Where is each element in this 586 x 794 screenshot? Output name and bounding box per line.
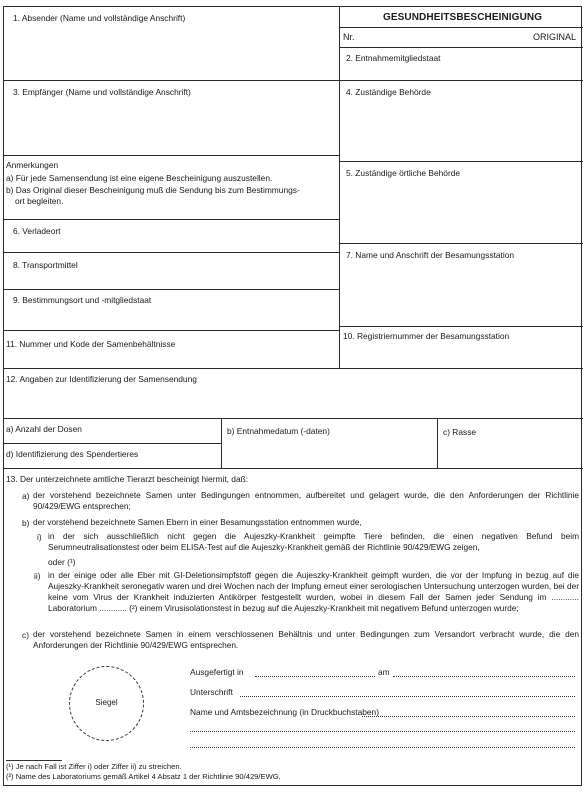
note-a: a) Für jede Samensendung ist eine eigene…: [6, 173, 272, 183]
item-c-label: c): [22, 630, 29, 640]
divider: [3, 252, 339, 253]
footnote-separator: [6, 760, 62, 761]
item-b-label: b): [22, 518, 29, 528]
signature-label: Unterschrift: [190, 687, 233, 697]
seal-area: Siegel: [69, 666, 144, 741]
divider: [3, 418, 583, 419]
field-12a-label: a) Anzahl der Dosen: [6, 424, 82, 434]
seal-label: Siegel: [70, 698, 143, 707]
divider: [339, 27, 583, 28]
name-title-field-line3[interactable]: [190, 747, 575, 748]
item-a-label: a): [22, 491, 29, 501]
divider: [3, 289, 339, 290]
footnote-2: (²) Name des Laboratoriums gemäß Artikel…: [6, 772, 281, 782]
field-12-label: 12. Angaben zur Identifizierung der Same…: [6, 374, 197, 384]
field-12d-label: d) Identifizierung des Spendertieres: [6, 449, 138, 459]
column-divider: [339, 6, 340, 368]
notes-heading: Anmerkungen: [6, 160, 58, 170]
name-title-field-line2[interactable]: [190, 731, 575, 732]
date-field[interactable]: [393, 676, 575, 677]
field-2-label: 2. Entnahmemitgliedstaat: [346, 53, 441, 63]
item-bii-label: ii): [34, 571, 41, 581]
section-13-intro: 13. Der unterzeichnete amtliche Tierarzt…: [6, 474, 248, 484]
field-4-label: 4. Zuständige Behörde: [346, 87, 431, 97]
divider: [3, 468, 583, 469]
item-a-text: der vorstehend bezeichnete Samen unter B…: [33, 490, 579, 512]
note-b-line1: b) Das Original dieser Bescheinigung muß…: [6, 185, 300, 195]
footnote-1: (¹) Je nach Fall ist Ziffer i) oder Ziff…: [6, 762, 182, 772]
field-12c-label: c) Rasse: [443, 427, 476, 437]
original-label: ORIGINAL: [533, 32, 576, 42]
signature-field[interactable]: [240, 696, 575, 697]
item-bi-label: i): [37, 532, 42, 542]
divider: [3, 80, 583, 81]
divider: [221, 418, 222, 468]
issued-in-field[interactable]: [255, 676, 375, 677]
item-bii-text: in der einige oder alle Eber mit GI-Dele…: [48, 570, 579, 614]
divider: [339, 326, 583, 327]
field-8-label: 8. Transportmittel: [13, 260, 78, 270]
issued-in-label: Ausgefertigt in: [190, 667, 244, 677]
name-title-label: Name und Amtsbezeichnung (in Druckbuchst…: [190, 707, 379, 717]
divider: [3, 443, 221, 444]
form-title: GESUNDHEITSBESCHEINIGUNG: [383, 12, 542, 23]
divider: [339, 243, 583, 244]
nr-label: Nr.: [343, 32, 355, 42]
field-1-label: 1. Absender (Name und vollständige Ansch…: [13, 13, 185, 23]
divider: [339, 161, 583, 162]
name-title-field[interactable]: [362, 716, 575, 717]
item-b-text: der vorstehend bezeichnete Samen Ebern i…: [33, 517, 579, 528]
divider: [3, 219, 339, 220]
divider: [339, 47, 583, 48]
divider: [437, 418, 438, 468]
field-7-label: 7. Name und Anschrift der Besamungsstati…: [346, 250, 514, 260]
field-10-label: 10. Registriernummer der Besamungsstatio…: [343, 331, 509, 341]
item-c-text: der vorstehend bezeichnete Samen in eine…: [33, 629, 579, 651]
field-12b-label: b) Entnahmedatum (-daten): [227, 426, 330, 436]
field-9-label: 9. Bestimmungsort und -mitgliedstaat: [13, 295, 151, 305]
field-3-label: 3. Empfänger (Name und vollständige Ansc…: [13, 87, 191, 97]
field-11-label: 11. Nummer und Kode der Samenbehältnisse: [6, 339, 175, 349]
divider: [3, 368, 583, 369]
field-5-label: 5. Zuständige örtliche Behörde: [346, 168, 460, 178]
divider: [3, 155, 339, 156]
or-note: oder (¹): [48, 557, 75, 567]
item-bi-text: in der sich ausschließlich nicht gegen d…: [48, 531, 579, 553]
note-b-line2: ort begleiten.: [15, 196, 63, 206]
divider: [3, 330, 339, 331]
date-label: am: [378, 667, 390, 677]
field-6-label: 6. Verladeort: [13, 226, 61, 236]
